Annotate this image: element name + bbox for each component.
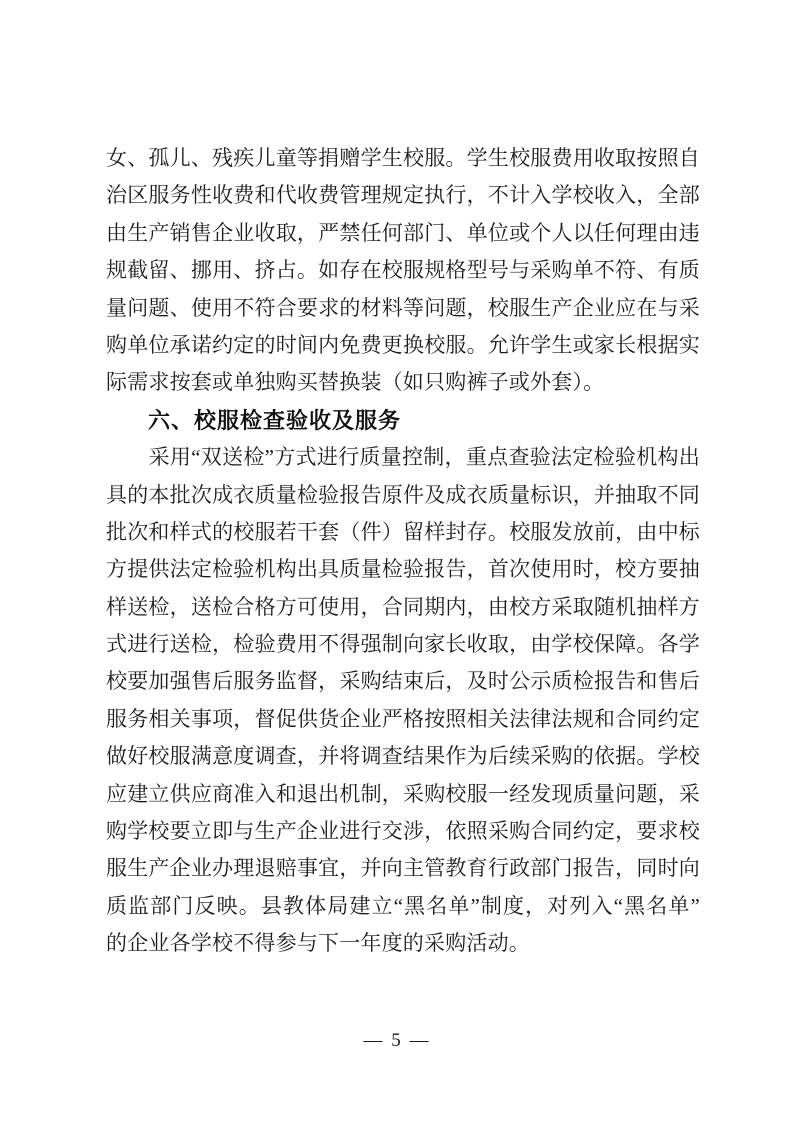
body-line: 做好校服满意度调查，并将调查结果作为后续采购的依据。学校 (106, 738, 700, 775)
body-line: 女、孤儿、残疾儿童等捐赠学生校服。学生校服费用收取按照自 (106, 140, 700, 177)
body-line: 量问题、使用不符合要求的材料等问题，校服生产企业应在与采 (106, 290, 700, 327)
body-line: 由生产销售企业收取，严禁任何部门、单位或个人以任何理由违 (106, 215, 700, 252)
body-line: 应建立供应商准入和退出机制，采购校服一经发现质量问题，采 (106, 776, 700, 813)
body-line: 质监部门反映。县教体局建立“黑名单”制度，对列入“黑名单” (106, 888, 700, 925)
body-line: 方提供法定检验机构出具质量检验报告，首次使用时，校方要抽 (106, 551, 700, 588)
paragraph-continuation: 女、孤儿、残疾儿童等捐赠学生校服。学生校服费用收取按照自治区服务性收费和代收费管… (106, 140, 700, 364)
paragraph-last-line: 际需求按套或单独购买替换装（如只购裤子或外套）。 (106, 364, 700, 401)
document-page: 女、孤儿、残疾儿童等捐赠学生校服。学生校服费用收取按照自治区服务性收费和代收费管… (0, 0, 794, 1123)
body-line: 具的本批次成衣质量检验报告原件及成衣质量标识，并抽取不同 (106, 477, 700, 514)
paragraph-body: 采用“双送检”方式进行质量控制，重点查验法定检验机构出具的本批次成衣质量检验报告… (106, 439, 700, 925)
page-number: — 5 — (0, 1030, 794, 1052)
body-line: 购学校要立即与生产企业进行交涉，依照采购合同约定，要求校 (106, 813, 700, 850)
body-line: 校要加强售后服务监督，采购结束后，及时公示质检报告和售后 (106, 663, 700, 700)
paragraph-last-line: 的企业各学校不得参与下一年度的采购活动。 (106, 925, 700, 962)
body-line: 服生产企业办理退赔事宜，并向主管教育行政部门报告，同时向 (106, 850, 700, 887)
body-line: 批次和样式的校服若干套（件）留样封存。校服发放前，由中标 (106, 514, 700, 551)
body-line: 购单位承诺约定的时间内免费更换校服。允许学生或家长根据实 (106, 327, 700, 364)
body-line: 服务相关事项，督促供货企业严格按照相关法律法规和合同约定 (106, 701, 700, 738)
body-line: 样送检，送检合格方可使用，合同期内，由校方采取随机抽样方 (106, 589, 700, 626)
section-heading: 六、校服检查验收及服务 (106, 402, 700, 439)
body-line: 式进行送检，检验费用不得强制向家长收取，由学校保障。各学 (106, 626, 700, 663)
text-block: 女、孤儿、残疾儿童等捐赠学生校服。学生校服费用收取按照自治区服务性收费和代收费管… (106, 140, 700, 963)
body-line: 治区服务性收费和代收费管理规定执行，不计入学校收入，全部 (106, 177, 700, 214)
body-line: 规截留、挪用、挤占。如存在校服规格型号与采购单不符、有质 (106, 252, 700, 289)
body-line: 采用“双送检”方式进行质量控制，重点查验法定检验机构出 (106, 439, 700, 476)
